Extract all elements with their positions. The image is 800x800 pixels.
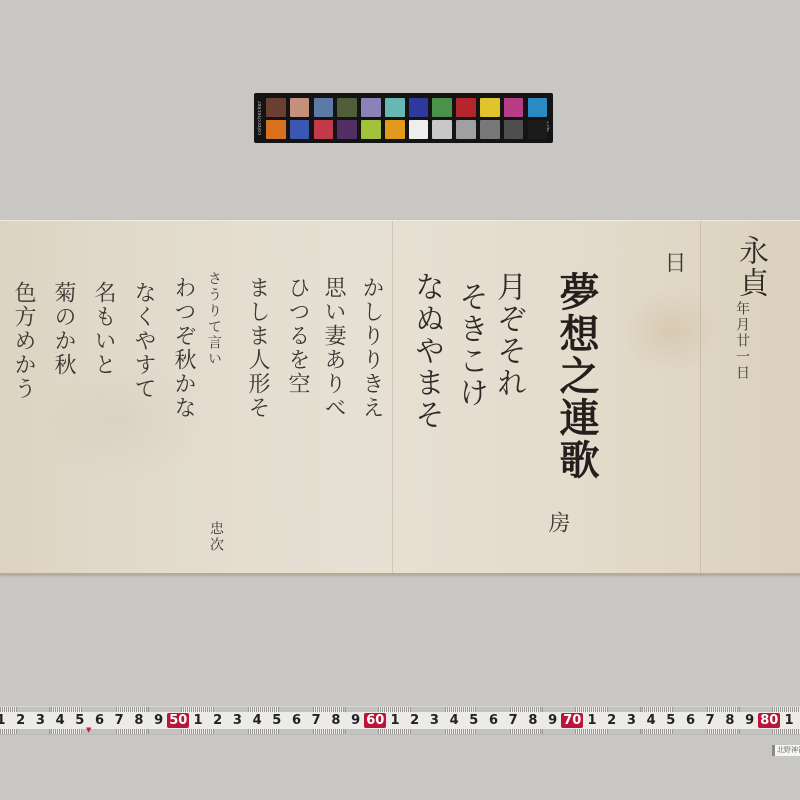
catalog-label: 北野神社 [772, 745, 800, 756]
calligraphy-column: 菊のか秋 [48, 281, 79, 377]
calligraphy-column: 名もいと [88, 281, 119, 377]
calligraphy-column: なぬやまそ [404, 271, 448, 431]
color-patch [266, 98, 286, 117]
ruler-arrow-icon: ▼ [86, 726, 91, 734]
color-patch [314, 98, 334, 117]
ruler-number: 60 [364, 713, 386, 728]
ruler-ticks-top [0, 707, 800, 712]
measuring-ruler: 1234567895012345678960123456789701234567… [0, 706, 800, 735]
ruler-number: 4 [446, 713, 462, 728]
ruler-number: 2 [407, 713, 423, 728]
calligraphy-column: 夢想之連歌 [548, 271, 605, 481]
ruler-number: 9 [742, 713, 758, 728]
calligraphy-column: ひつるを空 [282, 276, 313, 396]
color-patch [337, 120, 357, 139]
ruler-number: 7 [111, 713, 127, 728]
calligraphy-column: 月ぞそれ [486, 271, 530, 399]
ruler-number: 1 [190, 713, 206, 728]
ruler-number: 9 [348, 713, 364, 728]
color-patch [528, 120, 548, 139]
calligraphy-column: ましま人形そ [242, 276, 273, 420]
paper-seam [700, 221, 701, 573]
color-patch [385, 98, 405, 117]
calligraphy-column: 年月廿一日 [732, 301, 752, 381]
ruler-number: 1 [387, 713, 403, 728]
ruler-number: 3 [229, 713, 245, 728]
calligraphy-column: わつぞ秋かな [168, 276, 199, 420]
color-patch [361, 98, 381, 117]
color-patch [456, 98, 476, 117]
ruler-number: 7 [505, 713, 521, 728]
ruler-number: 6 [289, 713, 305, 728]
ruler-number: 6 [486, 713, 502, 728]
ruler-number: 8 [328, 713, 344, 728]
ruler-number: 2 [604, 713, 620, 728]
ruler-number: 4 [52, 713, 68, 728]
calligraphy-column: 思い妻ありべ [318, 276, 349, 420]
color-patch [409, 120, 429, 139]
ruler-number: 1 [781, 713, 797, 728]
ruler-number: 7 [702, 713, 718, 728]
color-checker-card: colorchecker x-rite [254, 93, 553, 143]
ruler-number: 8 [722, 713, 738, 728]
color-patch [504, 120, 524, 139]
calligraphy-column: そきこけ [448, 281, 492, 409]
ruler-number: 3 [32, 713, 48, 728]
ruler-number: 5 [269, 713, 285, 728]
ruler-number: 5 [466, 713, 482, 728]
calligraphy-column: なくやすて [128, 281, 159, 401]
ruler-number: 4 [643, 713, 659, 728]
ruler-number: 6 [92, 713, 108, 728]
calligraphy-column: 日 [658, 251, 689, 275]
ruler-number: 9 [151, 713, 167, 728]
ruler-number: 2 [13, 713, 29, 728]
ruler-number: 3 [426, 713, 442, 728]
color-patch [528, 98, 548, 117]
color-patch [337, 98, 357, 117]
ruler-number: 3 [623, 713, 639, 728]
color-patch [290, 98, 310, 117]
ruler-number: 8 [525, 713, 541, 728]
ruler-number: 2 [210, 713, 226, 728]
ruler-number: 7 [308, 713, 324, 728]
color-patch [266, 120, 286, 139]
color-patch [480, 120, 500, 139]
ruler-number: 50 [167, 713, 189, 728]
color-patch [409, 98, 429, 117]
calligraphy-column: かしりりきえ [356, 276, 387, 420]
color-patch-grid [266, 98, 547, 139]
ruler-number: 9 [545, 713, 561, 728]
ruler-number: 5 [663, 713, 679, 728]
calligraphy-column: 色方めかう [8, 281, 39, 401]
color-checker-brand: colorchecker [257, 99, 265, 137]
ruler-number: 8 [131, 713, 147, 728]
ruler-ticks-bottom [0, 729, 800, 734]
color-patch [385, 120, 405, 139]
ruler-number: 4 [249, 713, 265, 728]
color-patch [480, 98, 500, 117]
color-patch [290, 120, 310, 139]
calligraphy-column: さうりて言い [204, 271, 224, 367]
document-scroll: 永貞年月廿一日日夢想之連歌房月ぞそれそきこけなぬやまそかしりりきえ思い妻ありべひ… [0, 220, 800, 575]
color-patch [504, 98, 524, 117]
ruler-number: 1 [0, 713, 9, 728]
paper-seam [392, 221, 393, 573]
color-patch [314, 120, 334, 139]
ruler-number: 1 [584, 713, 600, 728]
color-patch [361, 120, 381, 139]
ruler-number: 70 [561, 713, 583, 728]
calligraphy-column: 忠次 [206, 521, 226, 553]
calligraphy-column: 永貞 [728, 235, 772, 299]
calligraphy-column: 房 [542, 511, 573, 535]
ruler-number: 80 [758, 713, 780, 728]
color-patch [432, 120, 452, 139]
color-patch [456, 120, 476, 139]
ruler-number: 6 [683, 713, 699, 728]
color-patch [432, 98, 452, 117]
